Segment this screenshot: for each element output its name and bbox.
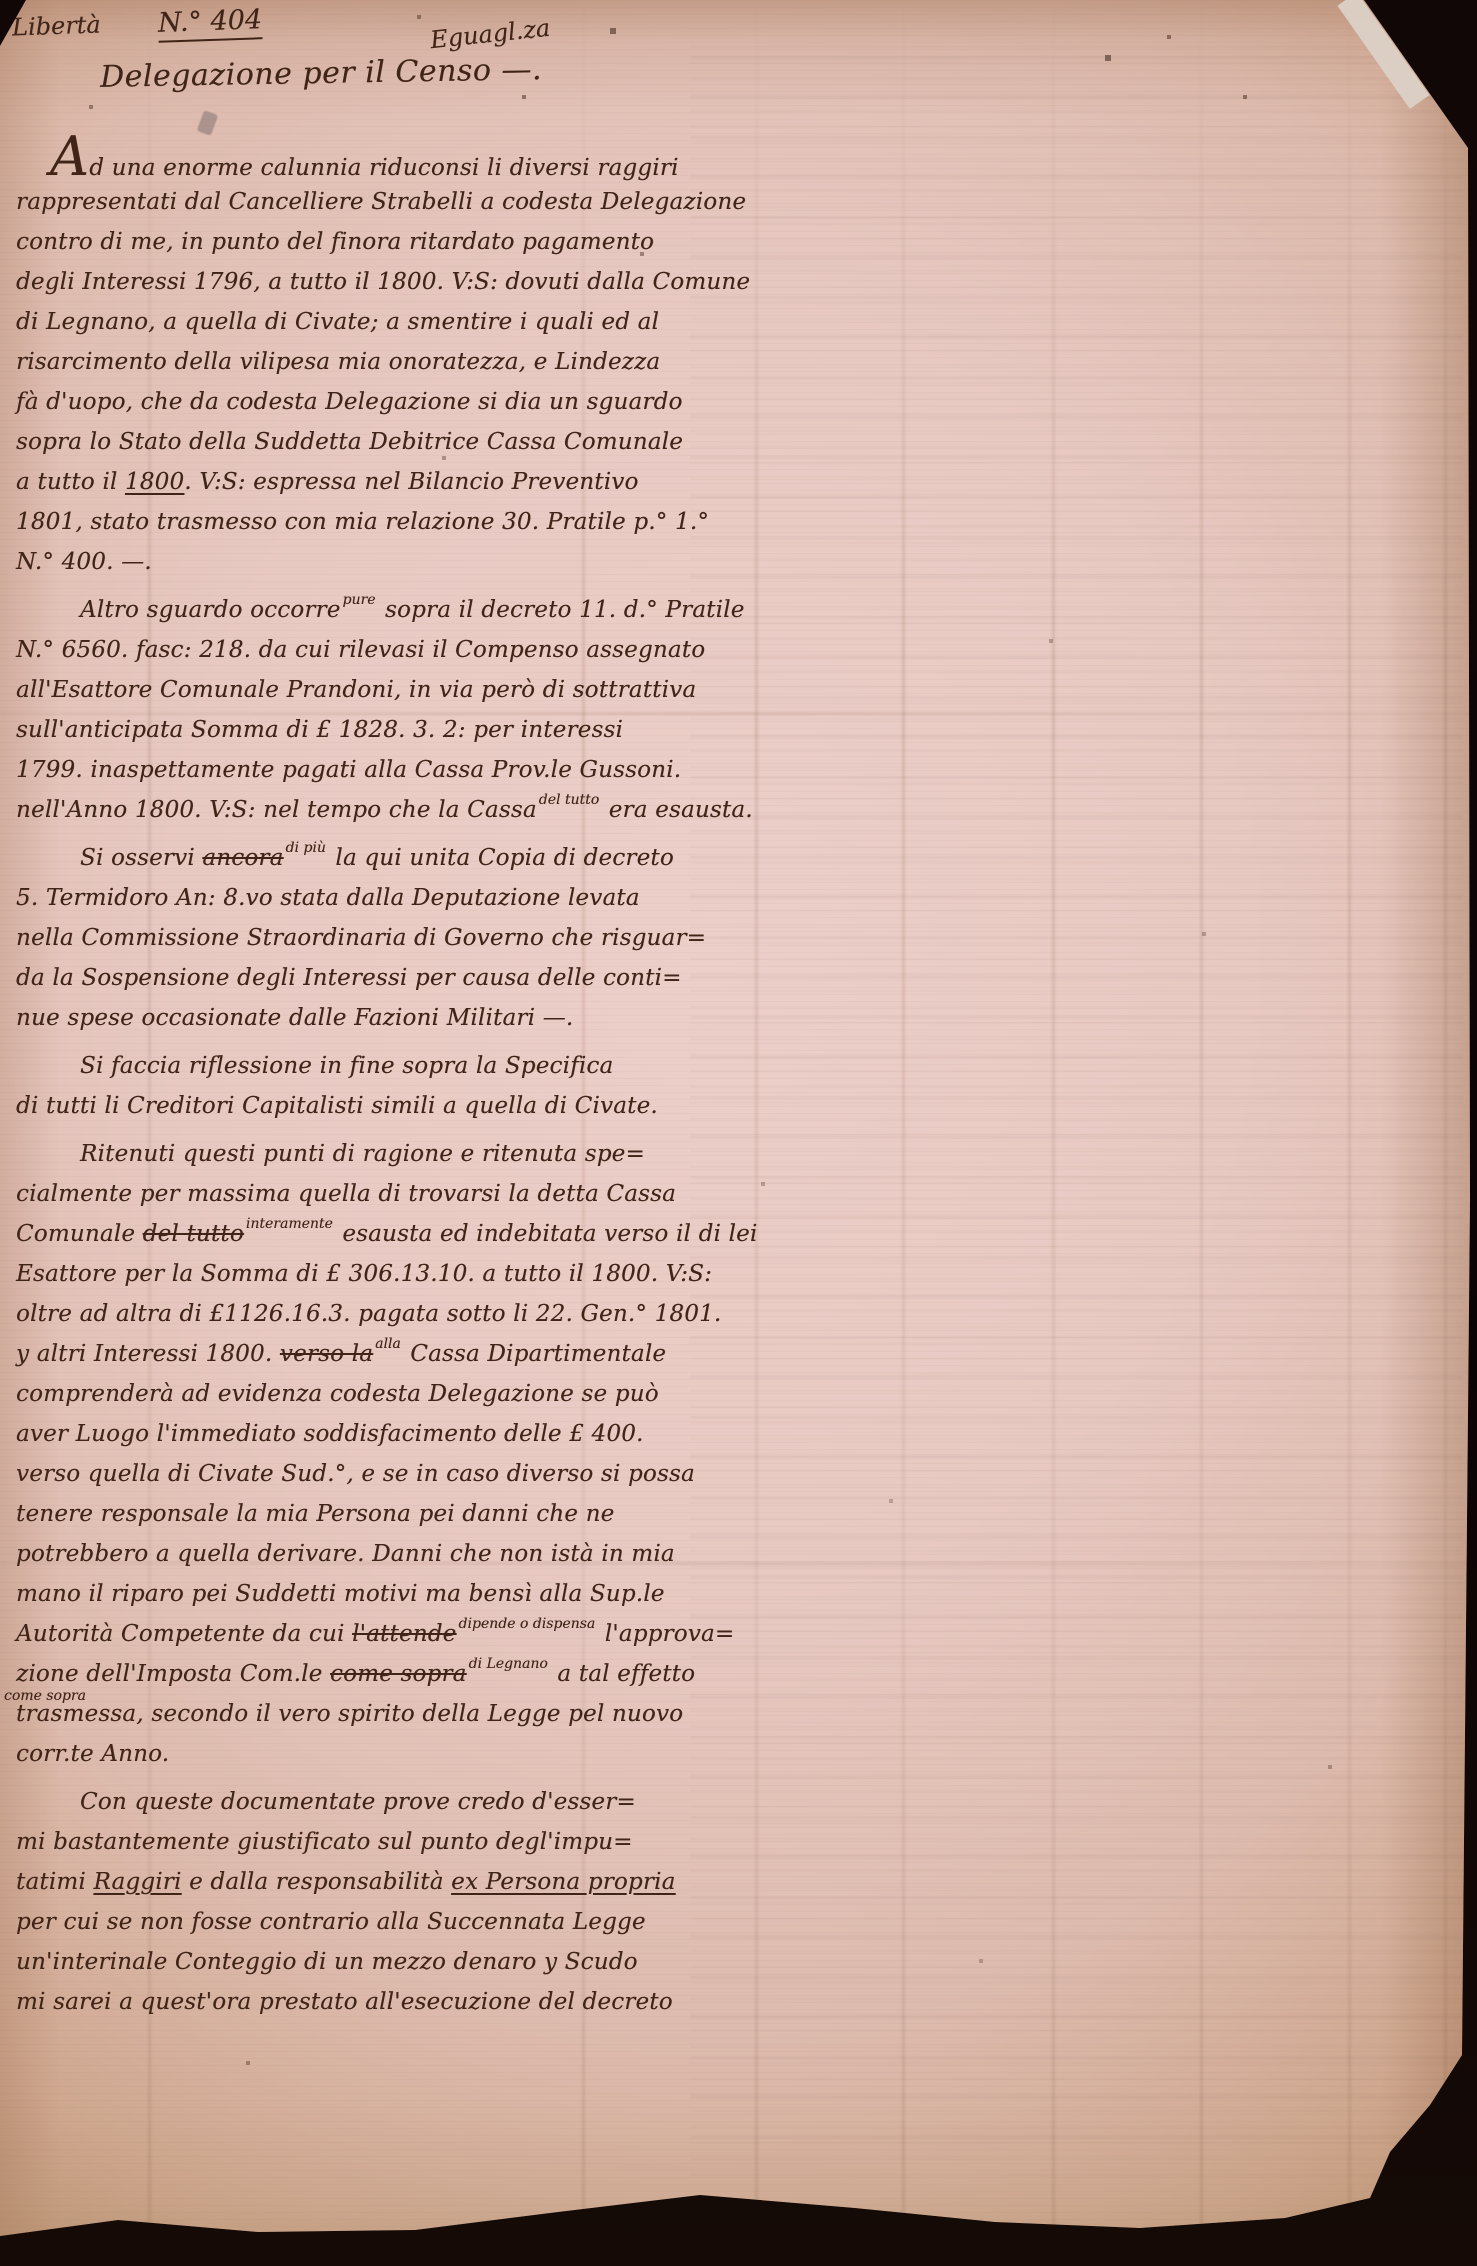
- underlined-word: Raggiri: [93, 1869, 181, 1895]
- inserted-word: interamente: [246, 1216, 333, 1232]
- text-line: risarcimento della vilipesa mia onoratez…: [16, 342, 716, 382]
- paragraph: Si osservi ancoradi più la qui unita Cop…: [16, 838, 716, 1038]
- text-line: Autorità Competente da cui l'attendedipe…: [16, 1614, 716, 1654]
- ink-smudge: [197, 110, 219, 136]
- text-line: nue spese occasionate dalle Fazioni Mili…: [16, 998, 716, 1038]
- text-line: di Legnano, a quella di Civate; a smenti…: [16, 302, 716, 342]
- document-page: Libertà N.° 404 Eguagl.za Delegazione pe…: [0, 0, 1477, 2266]
- ink-bleed-through: [690, 40, 1463, 2176]
- text-line: Ritenuti questi punti di ragione e riten…: [16, 1134, 716, 1174]
- text-line: N.° 6560. fasc: 218. da cui rilevasi il …: [16, 630, 716, 670]
- text-line: verso quella di Civate Sud.°, e se in ca…: [16, 1454, 716, 1494]
- text-line: Comunale del tuttointeramente esausta ed…: [16, 1214, 716, 1254]
- text-line: contro di me, in punto del finora ritard…: [16, 222, 716, 262]
- underlined-word: ex Persona propria: [451, 1869, 675, 1895]
- ink-specks: [0, 0, 2, 2]
- paragraph: Ritenuti questi punti di ragione e riten…: [16, 1134, 716, 1774]
- header-motto-eguaglianza: Eguagl.za: [429, 14, 552, 54]
- text-line: tatimi Raggiri e dalla responsabilità ex…: [16, 1862, 716, 1902]
- struck-word: l'attende: [352, 1621, 456, 1647]
- text-line: mano il riparo pei Suddetti motivi ma be…: [16, 1574, 716, 1614]
- text-line: potrebbero a quella derivare. Danni che …: [16, 1534, 716, 1574]
- text-line: trasmessa, secondo il vero spirito della…: [16, 1694, 716, 1734]
- text-line: oltre ad altra di £1126.16.3. pagata sot…: [16, 1294, 716, 1334]
- text-line: corr.te Anno.: [16, 1734, 716, 1774]
- inserted-word: di Legnano: [469, 1656, 548, 1672]
- struck-word: ancora: [202, 845, 283, 871]
- inserted-word: pure: [343, 592, 376, 608]
- inserted-word: del tutto: [539, 792, 600, 808]
- header-document-number: N.° 404: [157, 4, 262, 43]
- text-line: y altri Interessi 1800. verso laalla Cas…: [16, 1334, 716, 1374]
- text-line: sopra lo Stato della Suddetta Debitrice …: [16, 422, 716, 462]
- text-line: 1801, stato trasmesso con mia relazione …: [16, 502, 716, 542]
- text-line: mi bastantemente giustificato sul punto …: [16, 1822, 716, 1862]
- text-line: Ad una enorme calunnia riduconsi li dive…: [16, 142, 716, 182]
- text-line: da la Sospensione degli Interessi per ca…: [16, 958, 716, 998]
- header-motto-liberta: Libertà: [12, 10, 102, 41]
- text-line: N.° 400. —.: [16, 542, 716, 582]
- struck-word: come sopra: [330, 1661, 467, 1687]
- text-line: nella Commissione Straordinaria di Gover…: [16, 918, 716, 958]
- text-line: per cui se non fosse contrario alla Succ…: [16, 1902, 716, 1942]
- text-line: Si osservi ancoradi più la qui unita Cop…: [16, 838, 716, 878]
- paragraph: Altro sguardo occorrepure sopra il decre…: [16, 590, 716, 830]
- text-line: come sopra zione dell'Imposta Com.le com…: [16, 1654, 716, 1694]
- text-line: 1799. inaspettamente pagati alla Cassa P…: [16, 750, 716, 790]
- text-line: Si faccia riflessione in fine sopra la S…: [16, 1046, 716, 1086]
- paragraph: Ad una enorme calunnia riduconsi li dive…: [16, 142, 716, 582]
- text-line: sull'anticipata Somma di £ 1828. 3. 2: p…: [16, 710, 716, 750]
- inserted-word: di più: [286, 840, 326, 856]
- inserted-word: dipende o dispensa: [459, 1616, 596, 1632]
- text-line: tenere responsale la mia Persona pei dan…: [16, 1494, 716, 1534]
- text-line: Con queste documentate prove credo d'ess…: [16, 1782, 716, 1822]
- inserted-word: alla: [375, 1336, 401, 1352]
- document-body: Ad una enorme calunnia riduconsi li dive…: [16, 142, 716, 2030]
- underlined-word: 1800: [125, 469, 184, 495]
- photo-background: Libertà N.° 404 Eguagl.za Delegazione pe…: [0, 0, 1477, 2266]
- paragraph: Con queste documentate prove credo d'ess…: [16, 1782, 716, 2022]
- paragraph: Si faccia riflessione in fine sopra la S…: [16, 1046, 716, 1126]
- text-line: all'Esattore Comunale Prandoni, in via p…: [16, 670, 716, 710]
- text-line: fà d'uopo, che da codesta Delegazione si…: [16, 382, 716, 422]
- text-line: rappresentati dal Cancelliere Strabelli …: [16, 182, 716, 222]
- text-line: comprenderà ad evidenza codesta Delegazi…: [16, 1374, 716, 1414]
- struck-word: verso la: [280, 1341, 373, 1367]
- struck-word: del tutto: [143, 1221, 244, 1247]
- document-title: Delegazione per il Censo —.: [100, 52, 542, 95]
- text-line: un'interinale Conteggio di un mezzo dena…: [16, 1942, 716, 1982]
- text-line: degli Interessi 1796, a tutto il 1800. V…: [16, 262, 716, 302]
- text-line: Altro sguardo occorrepure sopra il decre…: [16, 590, 716, 630]
- text-line: 5. Termidoro An: 8.vo stata dalla Deputa…: [16, 878, 716, 918]
- text-line: cialmente per massima quella di trovarsi…: [16, 1174, 716, 1214]
- text-line: aver Luogo l'immediato soddisfacimento d…: [16, 1414, 716, 1454]
- text-line: Esattore per la Somma di £ 306.13.10. a …: [16, 1254, 716, 1294]
- text-line: di tutti li Creditori Capitalisti simili…: [16, 1086, 716, 1126]
- text-line: nell'Anno 1800. V:S: nel tempo che la Ca…: [16, 790, 716, 830]
- text-line: a tutto il 1800. V:S: espressa nel Bilan…: [16, 462, 716, 502]
- text-line: mi sarei a quest'ora prestato all'esecuz…: [16, 1982, 716, 2022]
